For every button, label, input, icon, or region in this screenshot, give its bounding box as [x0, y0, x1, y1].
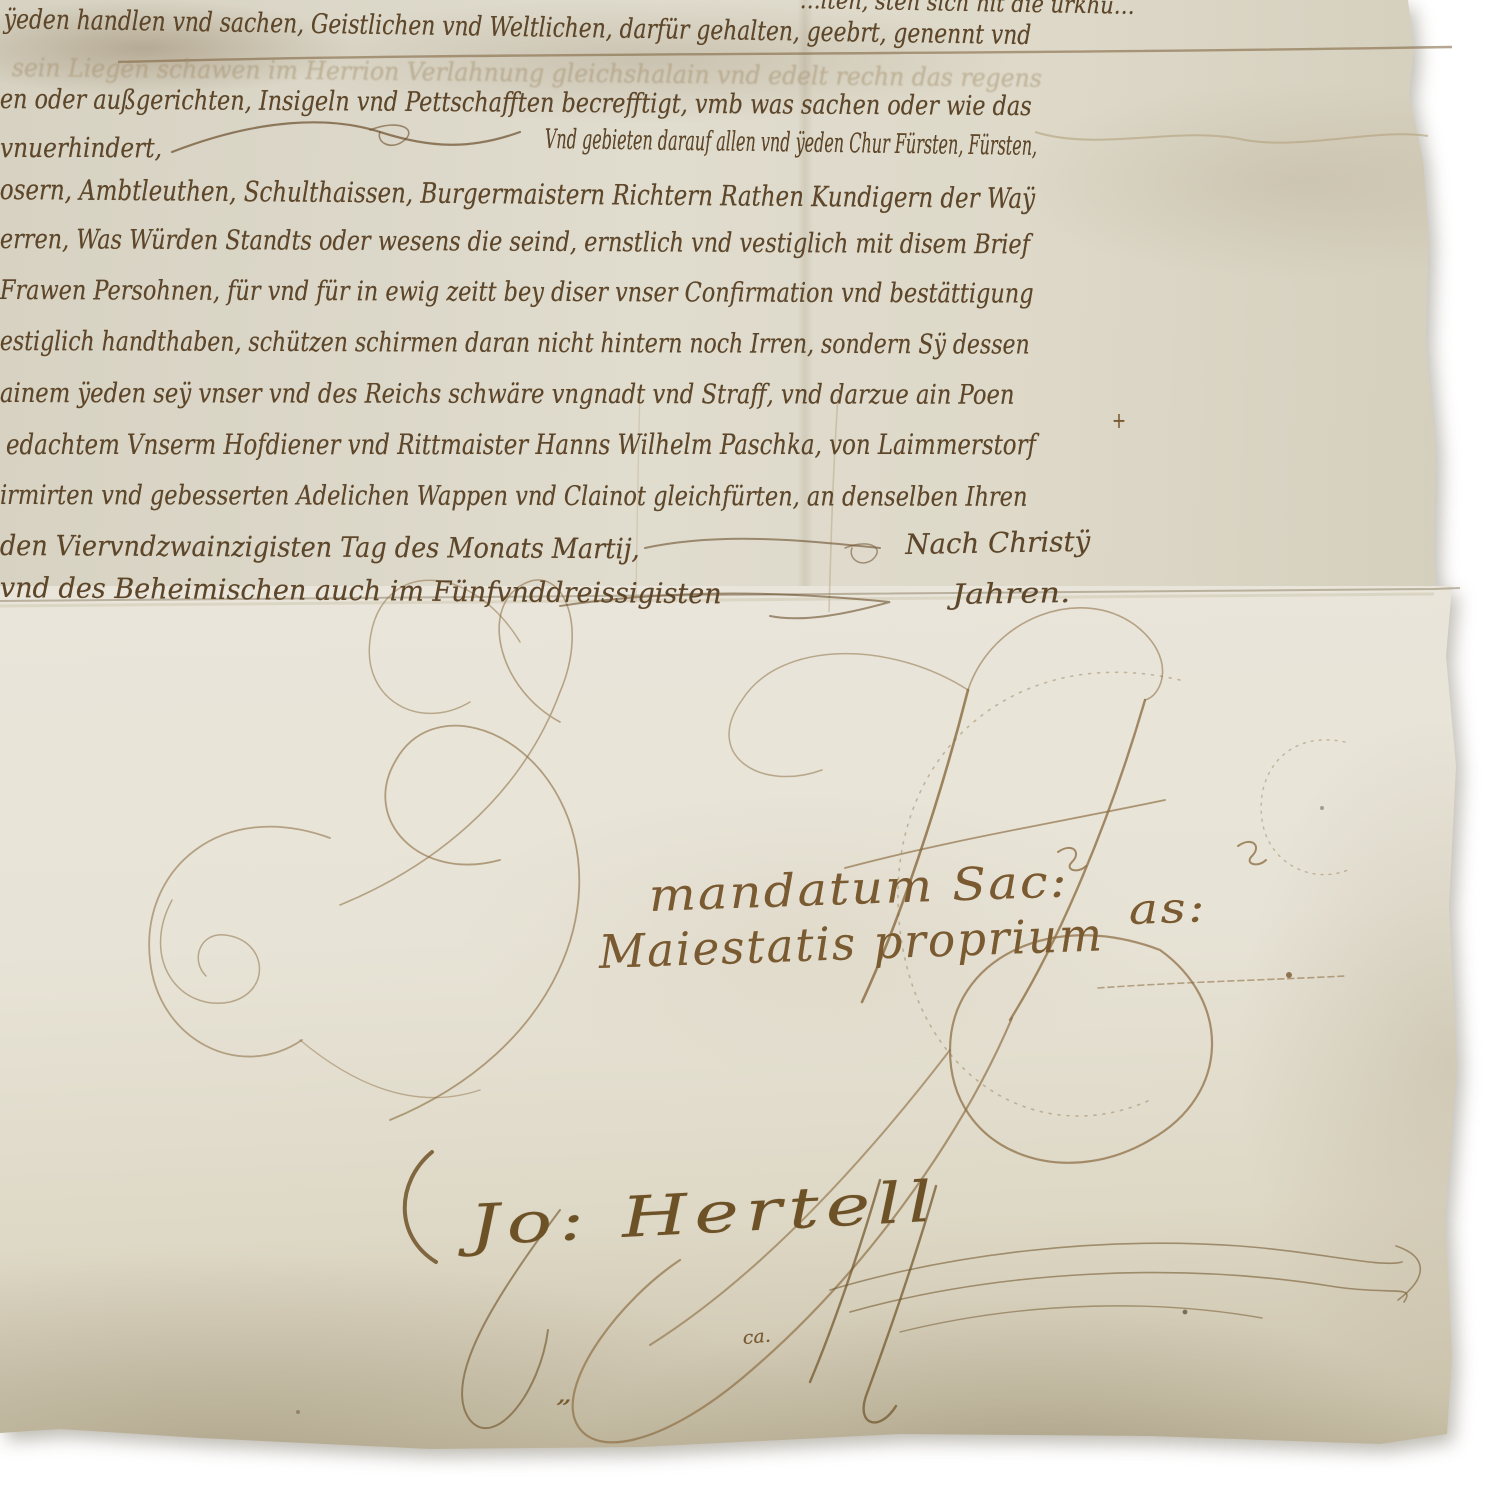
manuscript-photo: …lten, sten sich nit die urkhu…ÿeden han…	[0, 0, 1500, 1500]
ink-mark: +	[1112, 410, 1126, 433]
ink-mark: „	[556, 1384, 572, 1407]
ink-mark: ca.	[742, 1328, 772, 1349]
marginal-marks: +ca.„	[0, 0, 1500, 1500]
